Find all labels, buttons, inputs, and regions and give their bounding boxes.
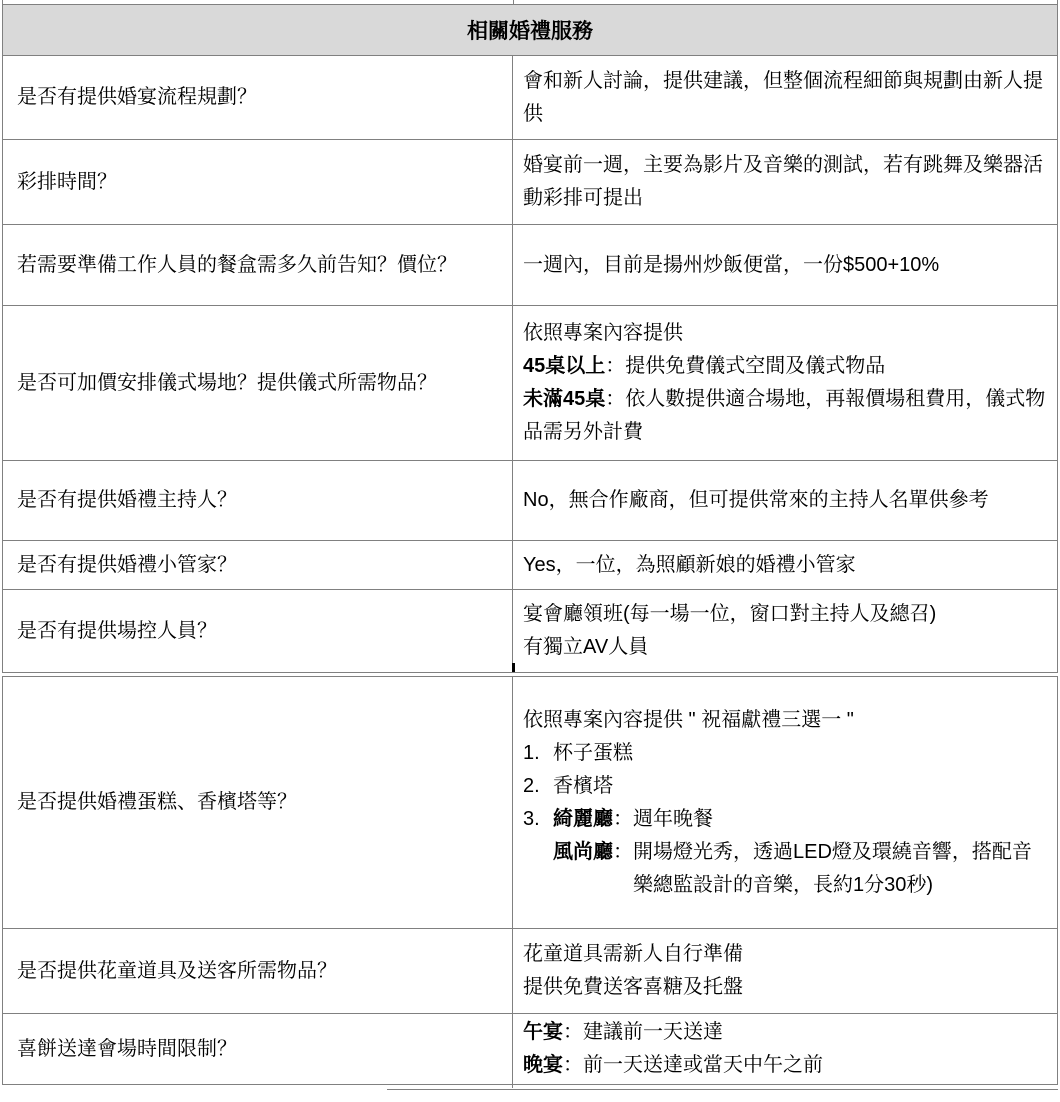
- question-text: 是否可加價安排儀式場地？提供儀式所需物品？: [17, 367, 437, 400]
- table-row: 彩排時間？ 婚宴前一週，主要為影片及音樂的測試，若有跳舞及樂器活動彩排可提出: [3, 139, 1057, 224]
- table-row: 是否可加價安排儀式場地？提供儀式所需物品？ 依照專案內容提供 45桌以上：提供免…: [3, 305, 1057, 460]
- list-item-body: 綺麗廳：週年晚餐 風尚廳： 開場燈光秀，透過LED燈及環繞音響，搭配音樂總監設計…: [553, 803, 1047, 902]
- answer-text: 婚宴前一週，主要為影片及音樂的測試，若有跳舞及樂器活動彩排可提出: [523, 149, 1047, 215]
- answer-cell: 花童道具需新人自行準備 提供免費送客喜糖及托盤: [513, 929, 1057, 1013]
- answer-text: 一週內，目前是揚州炒飯便當，一份$500+10%: [523, 249, 1047, 282]
- question-text: 是否有提供婚禮主持人？: [17, 484, 237, 517]
- column-divider-fragment: [512, 1085, 513, 1088]
- question-text: 是否有提供婚禮小管家？: [17, 549, 237, 582]
- answer-cell: 依照專案內容提供 " 祝福獻禮三選一 " 1. 杯子蛋糕 2. 香檳塔 3. 綺…: [513, 677, 1057, 928]
- question-cell: 若需要準備工作人員的餐盒需多久前告知？價位？: [3, 225, 513, 305]
- answer-line: 晚宴：前一天送達或當天中午之前: [523, 1049, 1047, 1082]
- answer-line-text: ：提供免費儀式空間及儀式物品: [605, 355, 885, 377]
- question-text: 若需要準備工作人員的餐盒需多久前告知？價位？: [17, 249, 457, 282]
- question-cell: 是否有提供婚禮小管家？: [3, 541, 513, 589]
- answer-line-text: ：前一天送達或當天中午之前: [563, 1054, 823, 1076]
- question-text: 是否有提供婚宴流程規劃？: [17, 81, 257, 114]
- document-page: 相關婚禮服務 是否有提供婚宴流程規劃？ 會和新人討論，提供建議，但整個流程細節與…: [0, 0, 1060, 1102]
- table-row: 是否提供花童道具及送客所需物品？ 花童道具需新人自行準備 提供免費送客喜糖及托盤: [3, 928, 1057, 1013]
- question-cell: 是否提供婚禮蛋糕、香檳塔等？: [3, 677, 513, 928]
- list-item-text: 香檳塔: [553, 770, 1047, 803]
- hall-text: 開場燈光秀，透過LED燈及環繞音響，搭配音樂總監設計的音樂，長約1分30秒): [633, 836, 1047, 902]
- hall-label: 風尚廳：: [553, 836, 633, 902]
- answer-text: 會和新人討論，提供建議，但整個流程細節與規劃由新人提供: [523, 65, 1047, 131]
- table-row: 喜餅送達會場時間限制？ 午宴：建議前一天送達 晚宴：前一天送達或當天中午之前: [3, 1013, 1057, 1084]
- list-item: 2. 香檳塔: [523, 770, 1047, 803]
- question-text: 是否有提供場控人員？: [17, 615, 217, 648]
- table-row: 是否有提供婚宴流程規劃？ 會和新人討論，提供建議，但整個流程細節與規劃由新人提供: [3, 55, 1057, 139]
- list-item: 3. 綺麗廳：週年晚餐 風尚廳： 開場燈光秀，透過LED燈及環繞音響，搭配音樂總…: [523, 803, 1047, 902]
- answer-cell: 宴會廳領班(每一場一位，窗口對主持人及總召) 有獨立AV人員: [513, 590, 1057, 672]
- question-cell: 喜餅送達會場時間限制？: [3, 1014, 513, 1084]
- answer-line: 有獨立AV人員: [523, 631, 1047, 664]
- question-text: 是否提供花童道具及送客所需物品？: [17, 955, 337, 988]
- hall-colon: ：: [613, 841, 633, 863]
- border-fragment: [387, 1089, 1058, 1090]
- answer-cell: 依照專案內容提供 45桌以上：提供免費儀式空間及儀式物品 未滿45桌：依人數提供…: [513, 306, 1057, 460]
- question-text: 是否提供婚禮蛋糕、香檳塔等？: [17, 786, 297, 819]
- column-divider-fragment: [513, 0, 514, 4]
- answer-text: No，無合作廠商，但可提供常來的主持人名單供參考: [523, 484, 1047, 517]
- question-text: 彩排時間？: [17, 166, 117, 199]
- hall-text: ：週年晚餐: [613, 808, 713, 830]
- answer-line: 45桌以上：提供免費儀式空間及儀式物品: [523, 350, 1047, 383]
- list-number: 3.: [523, 803, 553, 902]
- hall-line: 風尚廳： 開場燈光秀，透過LED燈及環繞音響，搭配音樂總監設計的音樂，長約1分3…: [553, 836, 1047, 902]
- question-cell: 彩排時間？: [3, 140, 513, 224]
- answer-intro: 依照專案內容提供: [523, 317, 1047, 350]
- answer-line: 花童道具需新人自行準備: [523, 938, 1047, 971]
- list-item: 1. 杯子蛋糕: [523, 737, 1047, 770]
- question-text: 喜餅送達會場時間限制？: [17, 1033, 237, 1066]
- answer-cell: 午宴：建議前一天送達 晚宴：前一天送達或當天中午之前: [513, 1014, 1057, 1084]
- answer-line-label: 未滿45桌: [523, 388, 605, 410]
- answer-line-text: ：建議前一天送達: [563, 1021, 723, 1043]
- answer-line: 提供免費送客喜糖及托盤: [523, 971, 1047, 1004]
- list-item-text: 杯子蛋糕: [553, 737, 1047, 770]
- answer-line-label: 午宴: [523, 1021, 563, 1043]
- page-break-tick: [512, 663, 515, 672]
- answer-line-label: 45桌以上: [523, 355, 605, 377]
- answer-line: 未滿45桌：依人數提供適合場地，再報價場租費用，儀式物品需另外計費: [523, 383, 1047, 449]
- answer-intro: 依照專案內容提供 " 祝福獻禮三選一 ": [523, 704, 1047, 737]
- list-number: 1.: [523, 737, 553, 770]
- question-cell: 是否提供花童道具及送客所需物品？: [3, 929, 513, 1013]
- wedding-services-table-continued: 是否提供婚禮蛋糕、香檳塔等？ 依照專案內容提供 " 祝福獻禮三選一 " 1. 杯…: [2, 676, 1058, 1085]
- page-break-top-fragment: [2, 0, 1058, 4]
- list-number: 2.: [523, 770, 553, 803]
- answer-text: Yes，一位，為照顧新娘的婚禮小管家: [523, 549, 1047, 582]
- table-row: 是否有提供婚禮主持人？ No，無合作廠商，但可提供常來的主持人名單供參考: [3, 460, 1057, 540]
- answer-cell: No，無合作廠商，但可提供常來的主持人名單供參考: [513, 461, 1057, 540]
- wedding-services-table: 相關婚禮服務 是否有提供婚宴流程規劃？ 會和新人討論，提供建議，但整個流程細節與…: [2, 4, 1058, 673]
- answer-cell: 一週內，目前是揚州炒飯便當，一份$500+10%: [513, 225, 1057, 305]
- hall-name: 綺麗廳: [553, 808, 613, 830]
- table-title: 相關婚禮服務: [467, 15, 593, 45]
- question-cell: 是否有提供婚宴流程規劃？: [3, 56, 513, 139]
- question-cell: 是否有提供場控人員？: [3, 590, 513, 672]
- answer-line-label: 晚宴: [523, 1054, 563, 1076]
- page-break-bottom-fragment: [2, 1085, 1058, 1093]
- hall-name: 風尚廳: [553, 841, 613, 863]
- answer-cell: Yes，一位，為照顧新娘的婚禮小管家: [513, 541, 1057, 589]
- answer-cell: 婚宴前一週，主要為影片及音樂的測試，若有跳舞及樂器活動彩排可提出: [513, 140, 1057, 224]
- page-break-gap: [0, 673, 1060, 676]
- table-row: 若需要準備工作人員的餐盒需多久前告知？價位？ 一週內，目前是揚州炒飯便當，一份$…: [3, 224, 1057, 305]
- question-cell: 是否可加價安排儀式場地？提供儀式所需物品？: [3, 306, 513, 460]
- answer-cell: 會和新人討論，提供建議，但整個流程細節與規劃由新人提供: [513, 56, 1057, 139]
- table-row: 是否有提供婚禮小管家？ Yes，一位，為照顧新娘的婚禮小管家: [3, 540, 1057, 589]
- answer-line: 宴會廳領班(每一場一位，窗口對主持人及總召): [523, 598, 1047, 631]
- question-cell: 是否有提供婚禮主持人？: [3, 461, 513, 540]
- hall-line: 綺麗廳：週年晚餐: [553, 803, 1047, 836]
- table-header-row: 相關婚禮服務: [3, 5, 1057, 55]
- answer-line: 午宴：建議前一天送達: [523, 1016, 1047, 1049]
- table-row: 是否提供婚禮蛋糕、香檳塔等？ 依照專案內容提供 " 祝福獻禮三選一 " 1. 杯…: [3, 677, 1057, 928]
- table-row: 是否有提供場控人員？ 宴會廳領班(每一場一位，窗口對主持人及總召) 有獨立AV人…: [3, 589, 1057, 672]
